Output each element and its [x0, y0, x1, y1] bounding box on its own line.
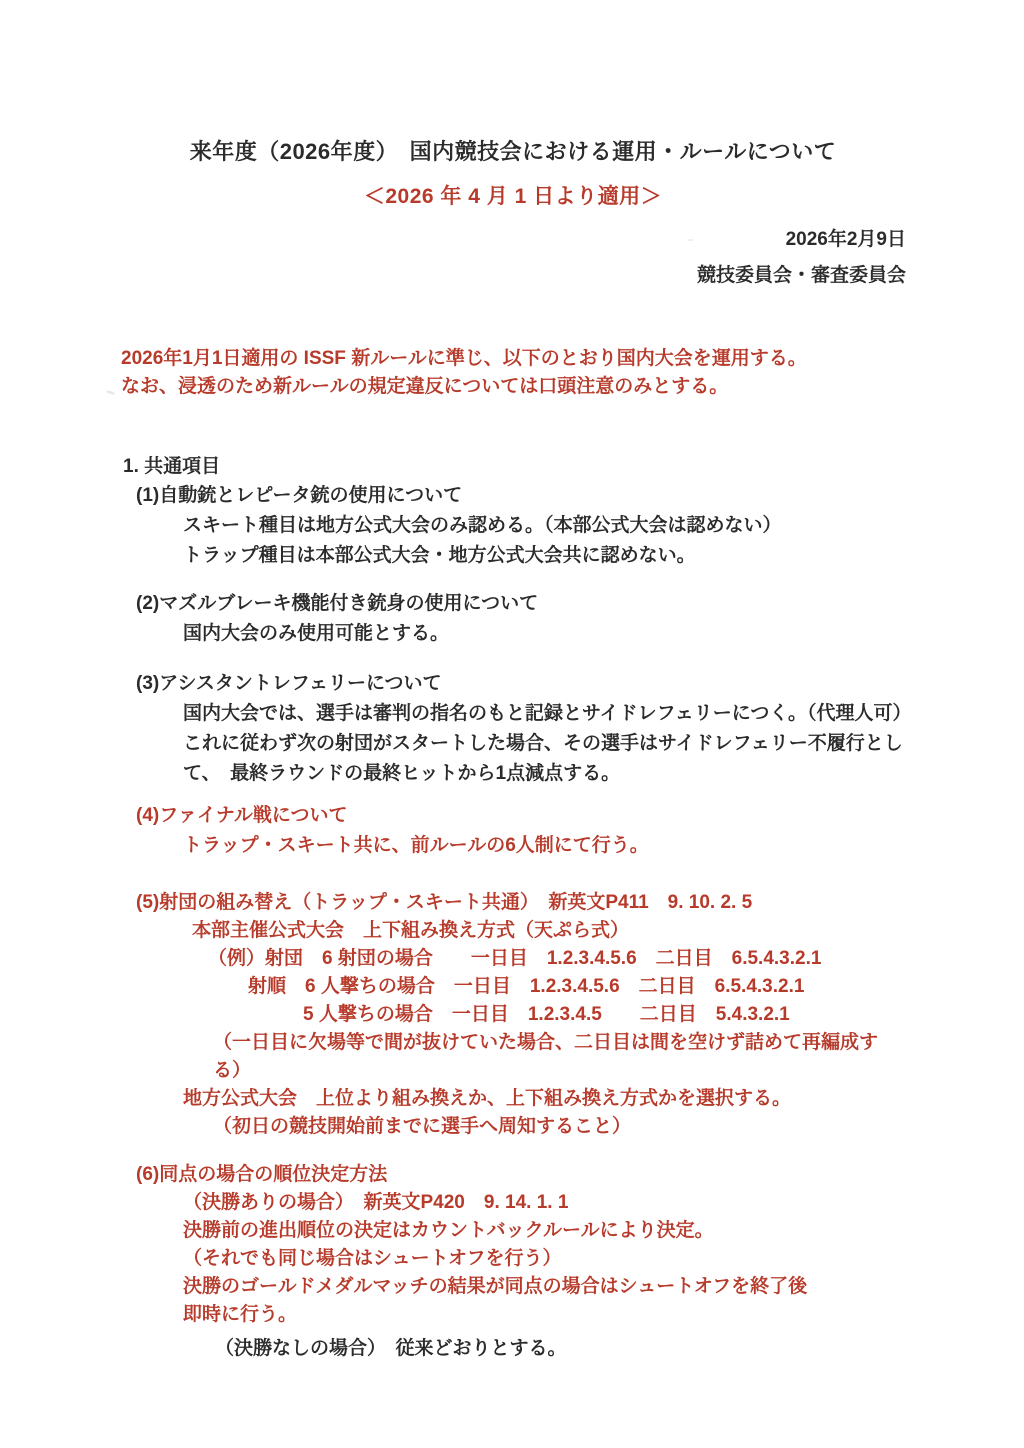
item-1-label: (1)自動銃とレピータ銃の使用について [120, 481, 906, 511]
item-4-line: トラップ・スキート共に、前ルールの6人制にて行う。 [120, 831, 906, 861]
item-5-line: （初日の競技開始前までに選手へ周知すること） [120, 1113, 906, 1141]
item-6-line: 決勝のゴールドメダルマッチの結果が同点の場合はシュートオフを終了後 [120, 1273, 906, 1301]
item-5-line: 本部主催公式大会 上下組み換え方式（天ぷら式） [120, 917, 906, 945]
section-heading: 1. 共通項目 [120, 453, 906, 481]
effective-date-note: ＜2026 年 4 月 1 日より適用＞ [120, 183, 906, 211]
closing-line: （決勝なしの場合） 従来どおりとする。 [120, 1335, 906, 1363]
item-1-line: スキート種目は地方公式大会のみ認める。（本部公式大会は認めない） [120, 511, 906, 541]
document-date: 2026年2月9日 [120, 227, 906, 253]
item-1-autoloader-guns: (1)自動銃とレピータ銃の使用について スキート種目は地方公式大会のみ認める。（… [120, 481, 906, 571]
item-5-line: （一日目に欠場等で間が抜けていた場合、二日目は間を空けず詰めて再編成する） [120, 1029, 906, 1085]
item-3-assistant-referee: (3)アシスタントレフェリーについて 国内大会では、選手は審判の指名のもと記録と… [120, 669, 906, 789]
item-3-line: て、 最終ラウンドの最終ヒットから1点減点する。 [120, 759, 906, 789]
item-6-line: （それでも同じ場合はシュートオフを行う） [120, 1245, 906, 1273]
scan-artifact [688, 239, 693, 241]
item-1-line: トラップ種目は本部公式大会・地方公式大会共に認めない。 [120, 541, 906, 571]
item-5-line: 地方公式大会 上位より組み換えか、上下組み換え方式かを選択する。 [120, 1085, 906, 1113]
document-content: 来年度（2026年度） 国内競技会における運用・ルールについて ＜2026 年 … [0, 0, 1024, 1363]
item-6-line: （決勝ありの場合） 新英文P420 9. 14. 1. 1 [120, 1189, 906, 1217]
intro-line-2: なお、浸透のため新ルールの規定違反については口頭注意のみとする。 [121, 376, 728, 397]
item-2-label: (2)マズルブレーキ機能付き銃身の使用について [120, 589, 906, 619]
committee-name: 競技委員会・審査委員会 [120, 263, 906, 289]
document-title: 来年度（2026年度） 国内競技会における運用・ルールについて [120, 138, 906, 166]
item-5-squad-reshuffle: (5)射団の組み替え（トラップ・スキート共通） 新英文P411 9. 10. 2… [120, 889, 906, 1141]
item-3-label: (3)アシスタントレフェリーについて [120, 669, 906, 699]
item-6-line: 即時に行う。 [120, 1301, 906, 1329]
item-6-line: 決勝前の進出順位の決定はカウントバックルールにより決定。 [120, 1217, 906, 1245]
intro-paragraph: 2026年1月1日適用の ISSF 新ルールに準じ、以下のとおり国内大会を運用す… [120, 345, 906, 401]
item-5-line: （例）射団 6 射団の場合 一日目 1.2.3.4.5.6 二日目 6.5.4.… [120, 945, 906, 973]
item-5-label: (5)射団の組み替え（トラップ・スキート共通） 新英文P411 9. 10. 2… [120, 889, 906, 917]
item-2-muzzle-brake: (2)マズルブレーキ機能付き銃身の使用について 国内大会のみ使用可能とする。 [120, 589, 906, 649]
item-3-line: 国内大会では、選手は審判の指名のもと記録とサイドレフェリーにつく。（代理人可） [120, 699, 906, 729]
item-4-final-match: (4)ファイナル戦について トラップ・スキート共に、前ルールの6人制にて行う。 [120, 801, 906, 861]
document-page: 来年度（2026年度） 国内競技会における運用・ルールについて ＜2026 年 … [0, 0, 1024, 1448]
item-6-tiebreak-rules: (6)同点の場合の順位決定方法 （決勝ありの場合） 新英文P420 9. 14.… [120, 1161, 906, 1329]
item-4-label: (4)ファイナル戦について [120, 801, 906, 831]
item-6-label: (6)同点の場合の順位決定方法 [120, 1161, 906, 1189]
item-2-line: 国内大会のみ使用可能とする。 [120, 619, 906, 649]
intro-line-1: 2026年1月1日適用の ISSF 新ルールに準じ、以下のとおり国内大会を運用す… [121, 348, 807, 369]
item-5-line: 射順 6 人撃ちの場合 一日目 1.2.3.4.5.6 二日目 6.5.4.3.… [120, 973, 906, 1001]
item-3-line: これに従わず次の射団がスタートした場合、その選手はサイドレフェリー不履行とし [120, 729, 906, 759]
item-5-line: 5 人撃ちの場合 一日目 1.2.3.4.5 二日目 5.4.3.2.1 [120, 1001, 906, 1029]
